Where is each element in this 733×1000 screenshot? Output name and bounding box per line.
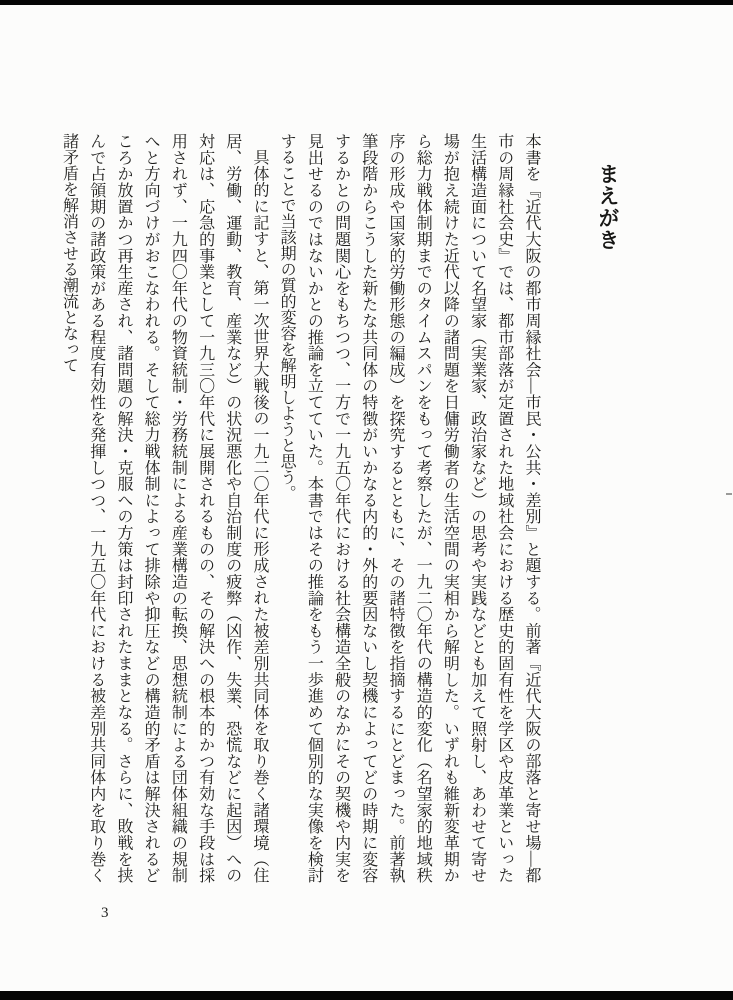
scan-artifact-edge-mark	[726, 493, 732, 495]
scan-artifact-top-bar	[0, 0, 733, 5]
preface-body: 本書を『近代大阪の都市周縁社会―市民・公共・差別』と題する。前著『近代大阪の部落…	[81, 133, 545, 883]
page-title: まえがき	[593, 163, 623, 251]
scan-artifact-bottom-bar	[0, 991, 733, 1000]
page-number: 3	[101, 905, 109, 922]
paragraph-1: 本書を『近代大阪の都市周縁社会―市民・公共・差別』と題する。前著『近代大阪の部落…	[273, 133, 545, 883]
book-page: まえがき 本書を『近代大阪の都市周縁社会―市民・公共・差別』と題する。前著『近代…	[0, 0, 733, 1000]
paragraph-2: 具体的に記すと、第一次世界大戦後の一九二〇年代に形成された被差別共同体を取り巻く…	[55, 133, 273, 883]
